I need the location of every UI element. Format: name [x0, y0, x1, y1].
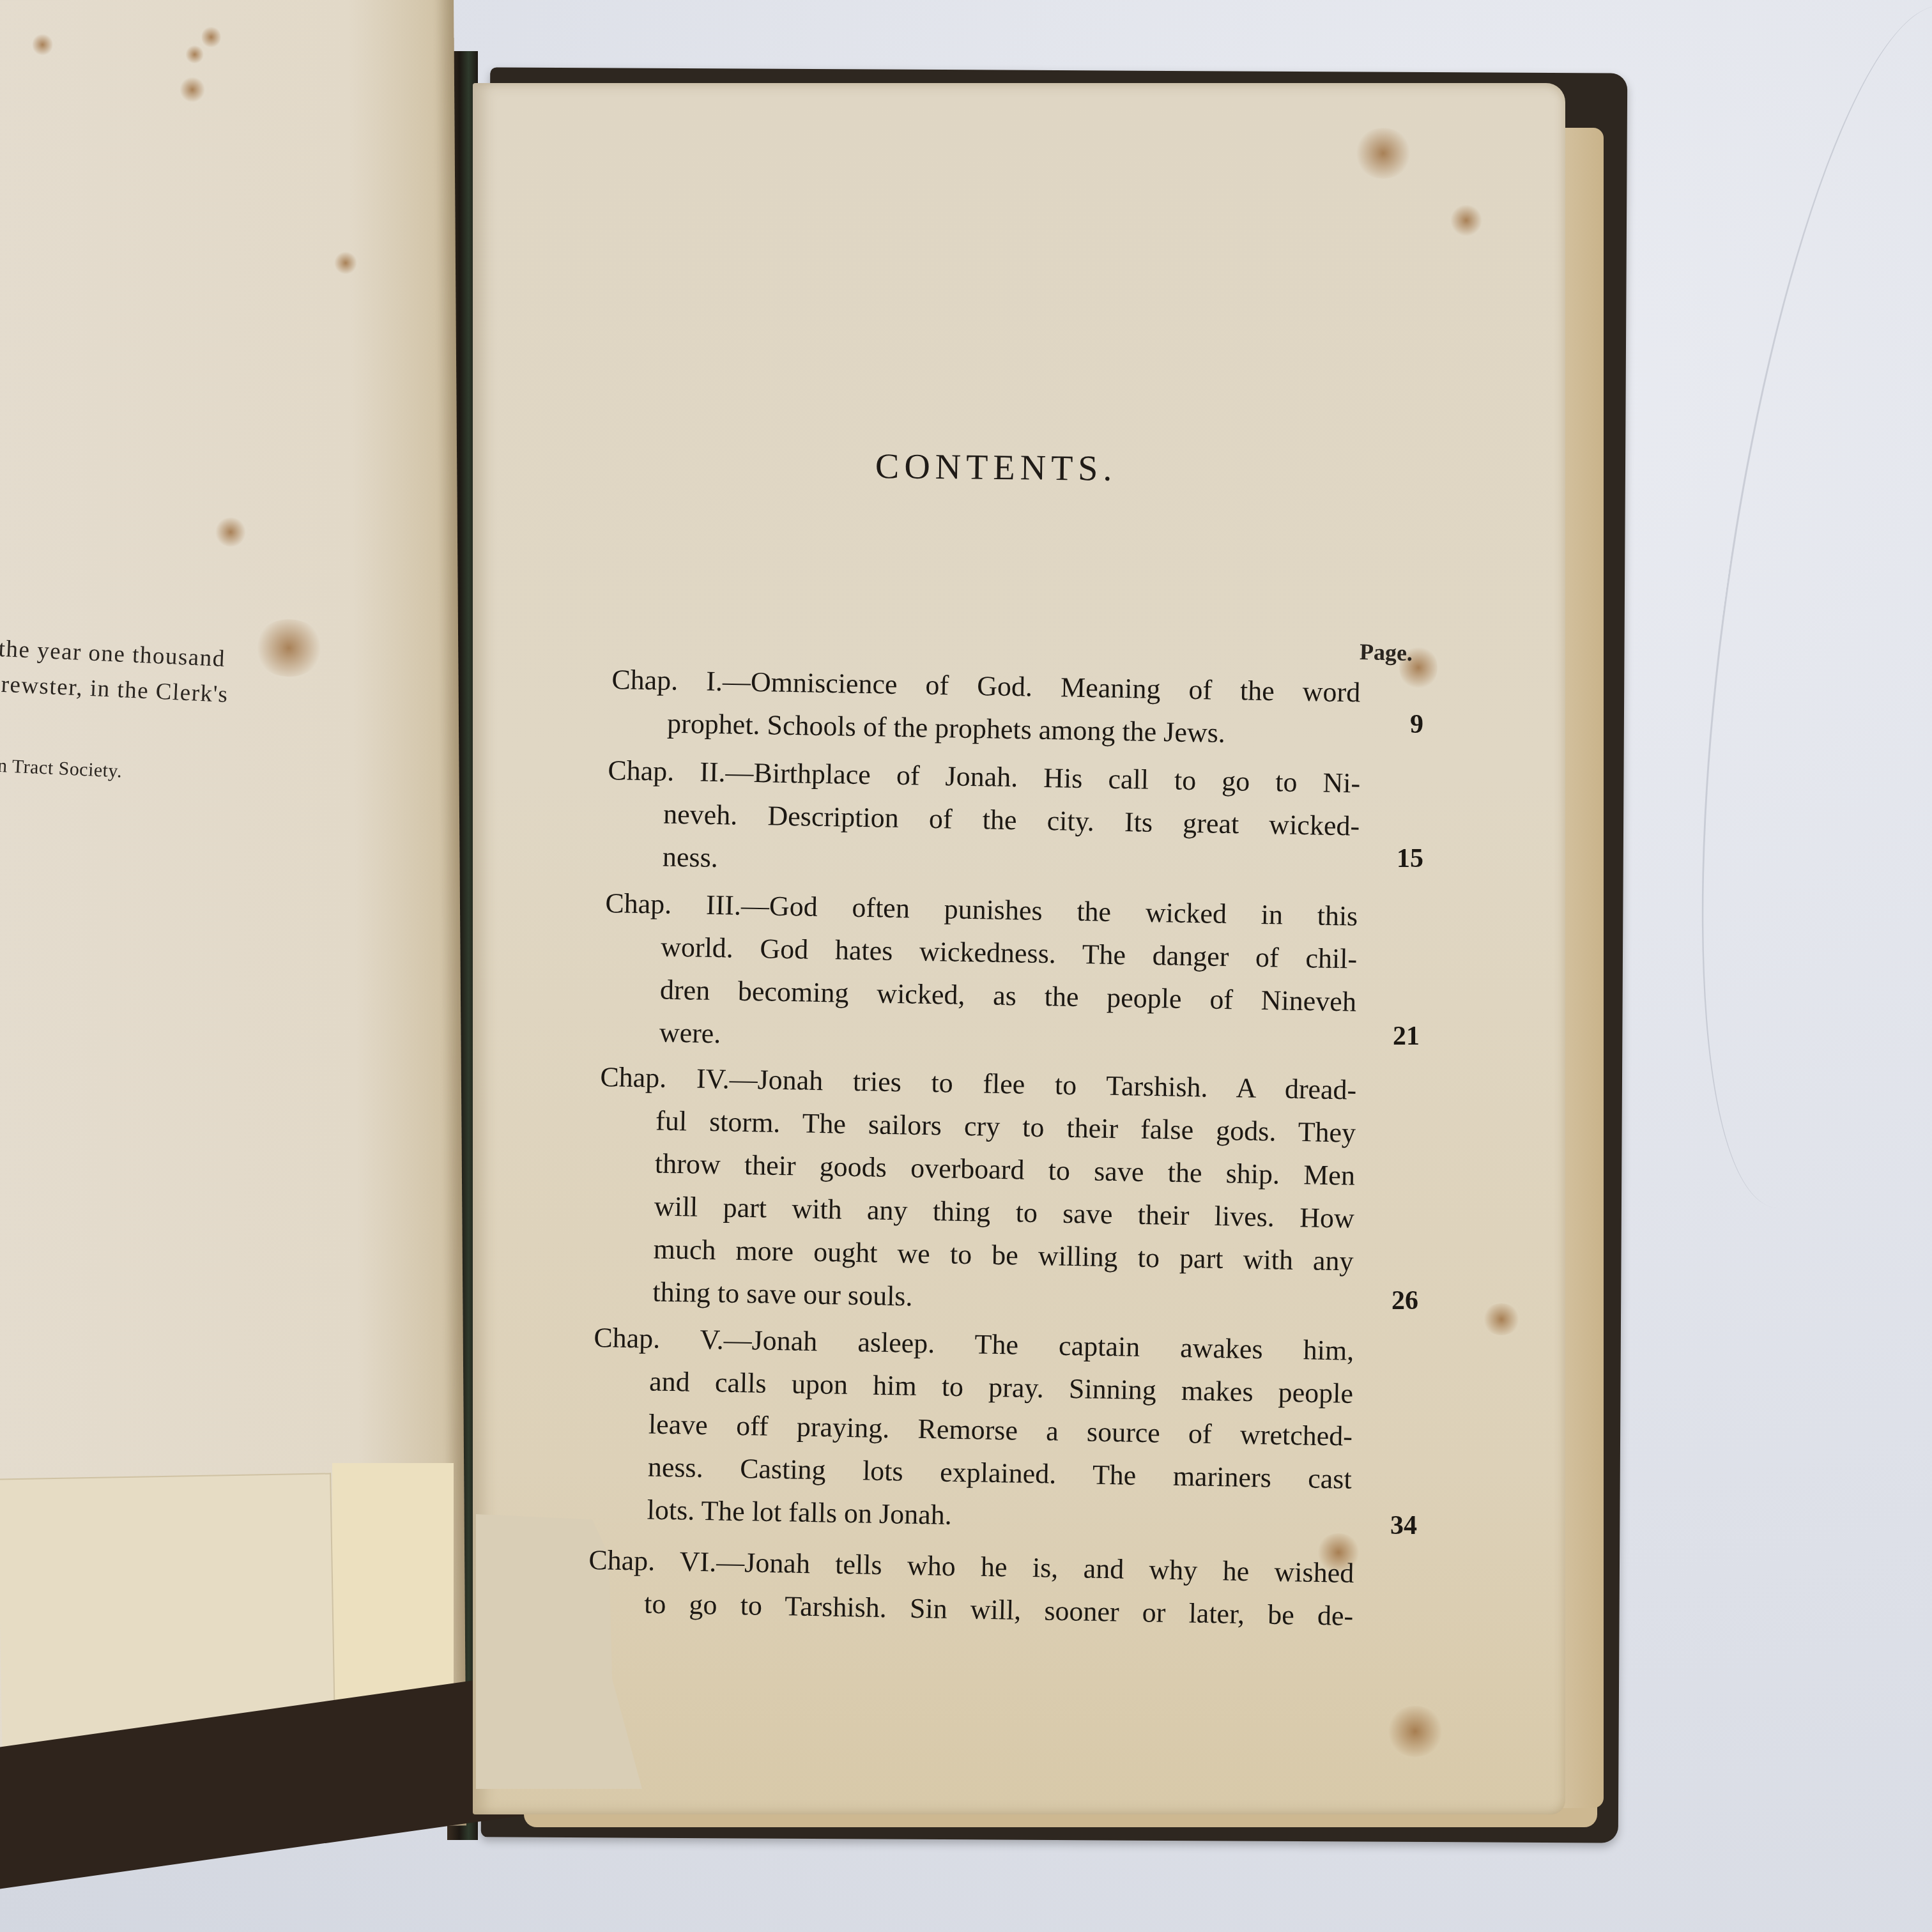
- toc-entry-chapter-2: Chap. II.—Birthplace of Jonah. His call …: [606, 749, 1360, 891]
- toc-page-number: 9: [1372, 709, 1423, 740]
- toc-entry-chapter-3: Chap. III.—God often punishes the wicked…: [602, 882, 1358, 1066]
- table-of-contents: Chap. I.—Omniscience of God. Meaning of …: [0, 0, 1932, 1932]
- toc-page-number: 26: [1367, 1285, 1418, 1316]
- toc-entry-chapter-4: Chap. IV.—Jonah tries to flee to Tarshis…: [596, 1055, 1357, 1326]
- toc-page-number: 34: [1366, 1510, 1417, 1541]
- toc-entry-chapter-6: Chap. VI.—Jonah tells who he is, and why…: [588, 1538, 1354, 1637]
- toc-page-number: 21: [1368, 1021, 1420, 1052]
- toc-entry-chapter-5: Chap. V.—Jonah asleep. The captain awake…: [590, 1316, 1354, 1544]
- toc-entry-chapter-1: Chap. I.—Omniscience of God. Meaning of …: [611, 658, 1361, 756]
- toc-page-number: 15: [1372, 843, 1423, 874]
